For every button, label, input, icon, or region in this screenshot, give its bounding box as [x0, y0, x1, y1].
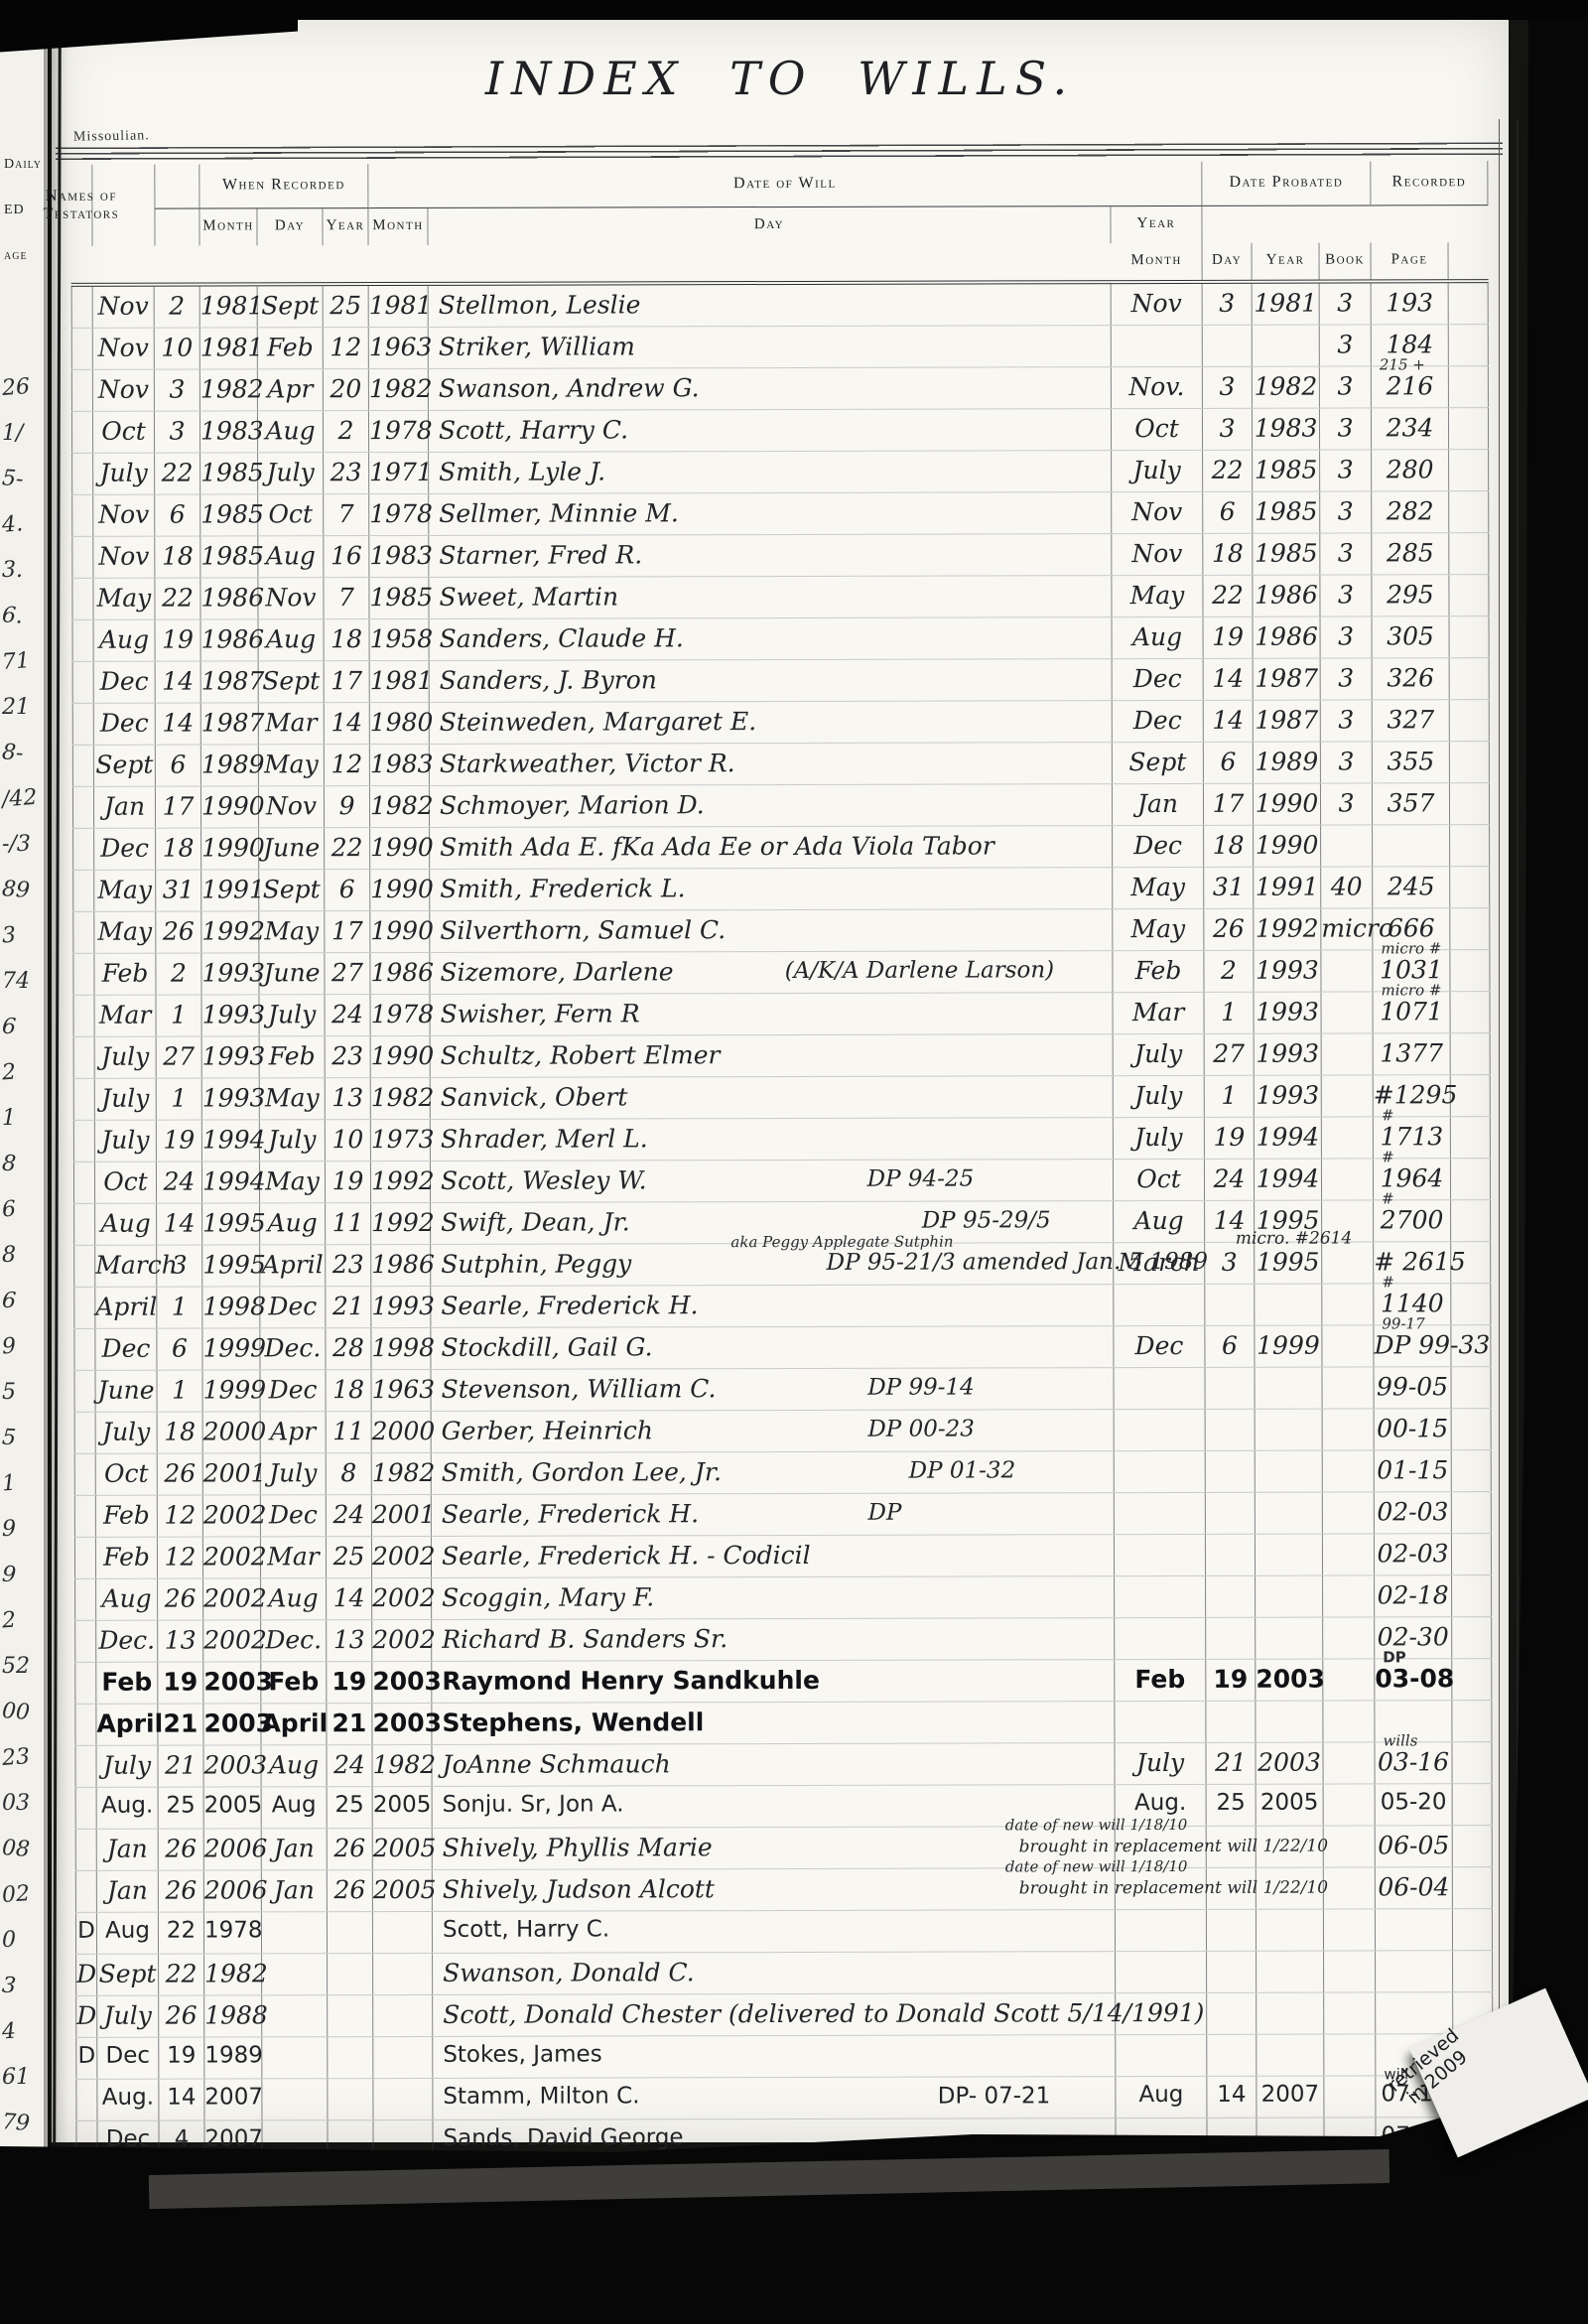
cell-probated-month: July [1112, 451, 1203, 491]
cell-will-month: Mar [261, 1537, 327, 1577]
cell-recorded-month: May [93, 579, 155, 619]
cell-testator-name: Striker, William [429, 326, 1112, 368]
cell-recorded-month: Feb [94, 954, 156, 995]
cell-probated-year: 1987 [1254, 701, 1321, 742]
cell-probated-month: Nov [1112, 284, 1203, 325]
header-wr-month: Month [199, 208, 257, 245]
cell-recorded-month: Nov [93, 495, 155, 536]
cell-recorded-day: 2 [156, 954, 201, 995]
cell-probated-month [1116, 2035, 1207, 2076]
previous-page-edge: DailyEDage261/5-4.3.6.71218-/42-/3893746… [0, 26, 48, 2160]
cell-testator-name: Stephens, Wendell [432, 1702, 1115, 1744]
cell-tail [1451, 1033, 1491, 1074]
cell-will-year: 1978 [369, 494, 429, 535]
cell-deed-mark [72, 787, 94, 828]
cell-record-book [1323, 1742, 1375, 1783]
cell-will-month: Aug [259, 619, 325, 660]
page-superscript: # [1382, 1189, 1394, 1207]
cell-deed-mark [73, 1329, 95, 1370]
page-number-text: 02-18 [1378, 1580, 1449, 1609]
prev-page-fragment: 9 [1, 1334, 17, 1360]
header-dw-day: Day [428, 206, 1111, 245]
cell-tail [1452, 1575, 1492, 1616]
cell-recorded-day: 1 [157, 996, 202, 1036]
page-superscript: 215 + [1380, 355, 1425, 373]
cell-record-book: 3 [1320, 491, 1372, 532]
cell-will-year: 1982 [372, 1453, 432, 1494]
cell-will-day [328, 2037, 373, 2078]
cell-record-book [1321, 950, 1373, 991]
cell-probated-day: 25 [1207, 1785, 1257, 1826]
cell-testator-name: Steinweden, Margaret E. [430, 701, 1113, 744]
cell-recorded-year: 1983 [200, 411, 258, 452]
cell-recorded-year: 2002 [203, 1495, 261, 1536]
page-superscript: # [1382, 1273, 1394, 1291]
case-number-note: DP 95-29/5 [922, 1207, 1051, 1233]
testator-name-text: Swift, Dean, Jr. [441, 1207, 630, 1236]
table-row: Aug.252005Aug252005Sonju. Sr, Jon A.Aug.… [75, 1784, 1493, 1830]
cell-will-month: Nov [259, 786, 325, 827]
page-number-text: 357 [1388, 788, 1435, 817]
testator-name-text: Silverthorn, Samuel C. [440, 915, 726, 945]
cell-recorded-day: 3 [155, 370, 200, 411]
cell-probated-year [1256, 1535, 1323, 1575]
cell-deed-mark [73, 1288, 95, 1328]
cell-probated-day [1206, 1702, 1256, 1742]
cell-recorded-month: Mar [95, 996, 157, 1036]
cell-recorded-day: 26 [159, 1871, 204, 1912]
testator-name-text: Sizemore, Darlene [440, 957, 673, 987]
cell-recorded-day: 6 [157, 1329, 202, 1370]
cell-probated-month [1115, 1493, 1206, 1534]
page-number-text: 285 [1387, 538, 1434, 567]
cell-will-day [328, 1954, 373, 1994]
cell-record-page: 02-03 [1375, 1492, 1452, 1533]
cell-record-page: 355 [1373, 742, 1450, 782]
cell-record-page: 245 [1373, 867, 1450, 907]
page-number-text: 01-15 [1377, 1455, 1448, 1484]
prev-page-fragment: 5 [2, 1380, 16, 1405]
cell-probated-month: Dec [1113, 659, 1204, 700]
cell-probated-day: 1 [1204, 993, 1254, 1033]
cell-probated-month: March [1114, 1243, 1205, 1284]
cell-deed-mark [73, 1246, 95, 1287]
header-dp-year: Year [1253, 243, 1320, 280]
table-row: Feb122002Mar252002Searle, Frederick H. -… [74, 1534, 1492, 1579]
prev-page-fragment: 21 [2, 695, 30, 720]
cell-recorded-year: 2003 [203, 1662, 261, 1703]
cell-testator-name: Sutphin, PeggyDP 95-21/3 amended Jan. 5 … [431, 1243, 1114, 1286]
cell-recorded-month: Aug. [97, 1788, 159, 1829]
cell-will-year: 1990 [370, 828, 430, 869]
cell-deed-mark [73, 1371, 95, 1412]
cell-probated-month [1116, 1868, 1207, 1909]
header-dp-day: Day [1203, 243, 1253, 280]
header-dw-month: Month [368, 208, 428, 245]
table-row: Aug.142007Stamm, Milton C.DP- 07-21Aug14… [75, 2076, 1493, 2121]
cell-will-day: 6 [325, 870, 370, 910]
table-row: Nov31982Apr201982Swanson, Andrew G.Nov.3… [71, 366, 1489, 412]
cell-testator-name: Stokes, James [433, 2035, 1116, 2078]
page-number-text: 327 [1387, 705, 1434, 734]
cell-recorded-day: 6 [155, 495, 200, 536]
testator-name-text: Raymond Henry Sandkuhle [442, 1666, 820, 1696]
testator-name-text: Shively, Judson Alcott [443, 1874, 715, 1904]
cell-recorded-day: 26 [159, 1996, 204, 2037]
cell-record-page: #2700 [1374, 1200, 1451, 1241]
cell-probated-day: 27 [1205, 1034, 1255, 1075]
cell-will-day: 23 [326, 1036, 371, 1077]
cell-probated-day: 14 [1207, 2077, 1257, 2118]
header-dw-year: Year [1111, 206, 1202, 243]
cell-probated-day: 31 [1204, 868, 1254, 908]
cell-recorded-year: 1993 [202, 1036, 260, 1077]
prev-page-fragment: 1/ [2, 421, 23, 446]
cell-recorded-month: July [95, 1037, 157, 1078]
cell-will-month [262, 2079, 328, 2119]
cell-probated-day [1207, 1827, 1257, 1867]
cell-record-page: 05-20 [1376, 1784, 1453, 1825]
testator-name-text: Swanson, Andrew G. [439, 373, 700, 403]
cell-probated-day: 14 [1204, 701, 1254, 742]
cell-record-book [1324, 1992, 1376, 2033]
testator-name-text: Striker, William [439, 332, 635, 361]
cell-record-book: 3 [1320, 575, 1372, 615]
cell-probated-day: 6 [1205, 1326, 1255, 1367]
cell-probated-month: Jan [1113, 784, 1204, 825]
cell-probated-year [1257, 1910, 1324, 1951]
cell-probated-year: 1982 [1253, 367, 1320, 408]
cell-deed-mark [71, 454, 93, 494]
cell-record-book [1323, 1659, 1375, 1700]
prev-page-fragment: 08 [1, 1836, 31, 1862]
cell-tail [1450, 992, 1490, 1032]
cell-probated-month: Oct [1112, 409, 1203, 450]
cell-recorded-day: 14 [159, 2080, 204, 2120]
cell-testator-name: Scott, Harry C. [429, 409, 1112, 452]
cell-recorded-day: 6 [156, 746, 201, 786]
prev-page-fragment: 1 [1, 1471, 17, 1497]
cell-record-page: DP03-08 [1375, 1659, 1452, 1700]
cell-testator-name: Sanvick, Obert [431, 1076, 1114, 1119]
cell-probated-month [1115, 1535, 1206, 1575]
cell-tail [1453, 1826, 1493, 1866]
cell-probated-month: Dec [1113, 701, 1204, 742]
cell-tail [1449, 450, 1489, 490]
cell-tail [1452, 1409, 1492, 1449]
page-number-text: 06-04 [1378, 1872, 1449, 1901]
testator-name-text: Smith, Frederick L. [440, 874, 685, 903]
cell-recorded-day: 18 [155, 537, 200, 578]
page-number-text: 245 [1388, 872, 1435, 900]
testator-name-text: Scott, Harry C. [443, 1916, 609, 1942]
cell-testator-name: Swanson, Donald C. [433, 1952, 1116, 1994]
cell-deed-mark [73, 1162, 95, 1203]
cell-will-year: 1983 [369, 536, 429, 577]
page-number-text: 02-03 [1377, 1539, 1448, 1568]
cell-recorded-year: 2006 [204, 1870, 262, 1911]
cell-will-day: 17 [325, 911, 370, 952]
cell-tail [1452, 1659, 1492, 1700]
cell-record-page: 357 [1373, 783, 1450, 824]
page-number-text: 280 [1387, 455, 1434, 483]
cell-recorded-month: Jan [97, 1830, 159, 1870]
page-superscript: micro # [1381, 939, 1441, 957]
prev-page-fragment: 3 [1, 923, 17, 949]
cell-probated-year: 1993 [1255, 1034, 1322, 1075]
prev-page-fragment: 5 [1, 1426, 17, 1451]
prev-page-fragment: 8 [1, 1152, 17, 1177]
cell-deed-mark [73, 996, 95, 1036]
cell-will-year: 1986 [370, 953, 430, 994]
cell-record-book: 3 [1321, 742, 1373, 782]
testator-name-text: Smith Ada E. fKa Ada Ee or Ada Viola Tab… [440, 831, 994, 861]
cell-deed-mark [71, 412, 93, 453]
cell-testator-name: Swisher, Fern R [431, 993, 1114, 1035]
cell-record-book [1322, 1284, 1374, 1324]
page-superscript: # [1382, 1148, 1394, 1165]
cell-will-month: Oct [258, 494, 324, 535]
cell-probated-day: 17 [1204, 784, 1254, 825]
table-row: Oct262001July81982Smith, Gordon Lee, Jr.… [74, 1450, 1492, 1496]
cell-will-year: 1990 [370, 911, 430, 952]
cell-record-book: 3 [1320, 325, 1372, 365]
cell-probated-day: 14 [1204, 659, 1254, 700]
page-superscript: 99-17 [1382, 1314, 1424, 1332]
cell-probated-day: 19 [1205, 1118, 1255, 1159]
testator-name-text: Sutphin, Peggy [441, 1249, 631, 1279]
cell-tail [1452, 1534, 1492, 1574]
cell-tail [1449, 325, 1489, 365]
page-number-text: 295 [1387, 580, 1434, 609]
cell-record-book [1322, 1033, 1374, 1074]
cell-record-book [1324, 1951, 1376, 1991]
cell-will-day: 13 [327, 1620, 372, 1661]
cell-recorded-day: 14 [156, 704, 201, 745]
cell-probated-day [1205, 1368, 1255, 1409]
header-wr-day: Day [257, 208, 323, 245]
cell-recorded-month: May [94, 871, 156, 911]
cell-record-book [1324, 1867, 1376, 1908]
cell-record-book: 3 [1320, 283, 1372, 324]
prev-page-fragment: 8 [2, 1243, 16, 1268]
prev-page-fragment: Daily [4, 157, 42, 173]
cell-will-year: 1982 [372, 1745, 432, 1786]
prev-page-fragment: 26 [1, 374, 31, 401]
page-number-text: 03-16 [1378, 1747, 1449, 1776]
cell-deed-mark [72, 704, 94, 745]
prev-page-fragment: 6 [1, 1197, 17, 1223]
cell-probated-day: 24 [1205, 1160, 1255, 1200]
table-row: Feb192003Feb192003Raymond Henry Sandkuhl… [74, 1659, 1492, 1705]
cell-recorded-month: Sept [97, 1955, 159, 1995]
cell-record-page: 06-05 [1376, 1826, 1453, 1866]
cell-probated-year: 1994 [1255, 1118, 1322, 1159]
page-number-text: 326 [1387, 663, 1434, 692]
cell-testator-name: Smith, Gordon Lee, Jr.DP 01-32 [432, 1451, 1115, 1494]
cell-testator-name: Sizemore, Darlene(A/K/A Darlene Larson) [430, 951, 1113, 994]
cell-will-year: 1982 [370, 786, 430, 827]
page-number-text: 1713 [1381, 1122, 1444, 1151]
cell-tail [1453, 1784, 1493, 1825]
cell-record-page: 285 [1372, 533, 1449, 574]
cell-probated-year: 1991 [1254, 868, 1321, 908]
cell-record-book [1324, 2034, 1376, 2075]
cell-recorded-day: 1 [157, 1371, 202, 1412]
table-row: Dec.132002Dec.132002Richard B. Sanders S… [74, 1617, 1492, 1663]
cell-recorded-month: April [96, 1705, 158, 1745]
cell-recorded-month: Nov [93, 370, 155, 411]
cell-deed-mark [75, 1830, 97, 1870]
testator-name-text: Stamm, Milton C. [443, 2083, 639, 2110]
cell-recorded-year: 1978 [204, 1912, 262, 1953]
cell-recorded-day: 12 [158, 1538, 203, 1578]
cell-deed-mark [71, 579, 93, 619]
cell-recorded-year: 2000 [203, 1412, 261, 1452]
cell-recorded-year: 2005 [204, 1787, 262, 1828]
cell-recorded-year: 1987 [201, 661, 259, 702]
cell-recorded-day: 27 [157, 1037, 202, 1078]
cell-will-day: 18 [326, 1370, 371, 1411]
cell-will-month: April [260, 1245, 326, 1286]
cell-record-page: 280 [1372, 450, 1449, 490]
cell-will-day: 21 [326, 1287, 371, 1327]
cell-testator-name: Schmoyer, Marion D. [430, 784, 1113, 827]
cell-record-book [1321, 992, 1373, 1032]
cell-deed-mark [72, 912, 94, 953]
cell-recorded-month: July [95, 1121, 157, 1162]
table-row: Jan262006Jan262005Shively, Phyllis Marie… [75, 1826, 1493, 1871]
header-when-recorded: When Recorded [199, 164, 368, 208]
table-row: April11998Dec211993Searle, Frederick H.#… [73, 1284, 1491, 1329]
cell-will-year: 1963 [369, 328, 429, 368]
cell-testator-name: Searle, Frederick H. - Codicil [432, 1535, 1115, 1577]
testator-name-text: Stellmon, Leslie [439, 290, 641, 320]
cell-recorded-year: 2002 [203, 1578, 261, 1619]
cell-will-month: Aug [261, 1578, 327, 1619]
cell-recorded-day: 26 [158, 1579, 203, 1620]
cell-will-day: 2 [324, 411, 369, 452]
table-row: Dec141987Sept171981Sanders, J. ByronDec1… [72, 658, 1490, 704]
cell-tail [1449, 283, 1489, 324]
cell-recorded-day: 12 [158, 1496, 203, 1537]
cell-deed-mark [72, 954, 94, 995]
cell-tail [1451, 1367, 1491, 1408]
cell-recorded-year: 1986 [201, 619, 259, 660]
case-number-note: (A/K/A Darlene Larson) [785, 957, 1055, 984]
page-number-text: 234 [1387, 413, 1434, 442]
prev-page-fragment: 6. [1, 603, 24, 628]
cell-recorded-month: Oct [93, 412, 155, 453]
cell-probated-day: 26 [1204, 909, 1254, 950]
cell-will-day: 25 [324, 286, 369, 327]
cell-will-day: 9 [325, 786, 370, 827]
cell-will-month [262, 2037, 328, 2078]
cell-recorded-year: 2002 [203, 1537, 261, 1577]
table-row: Oct241994May191992Scott, Wesley W.DP 94-… [73, 1159, 1491, 1204]
cell-record-book: 40 [1321, 867, 1373, 907]
cell-tail [1453, 1867, 1493, 1908]
cell-recorded-month: July [93, 454, 155, 494]
cell-probated-year [1256, 1493, 1323, 1534]
testator-name-text: Schultz, Robert Elmer [441, 1040, 721, 1070]
cell-record-page [1376, 1909, 1453, 1950]
cell-will-month: Aug [261, 1745, 327, 1786]
page-number-text: 1140 [1381, 1289, 1444, 1317]
cell-will-month: July [258, 453, 324, 493]
cell-recorded-year: 1994 [202, 1120, 260, 1161]
testator-name-text: Schmoyer, Marion D. [440, 790, 705, 820]
testator-name-text: Richard B. Sanders Sr. [442, 1624, 728, 1654]
header-tail-col [92, 165, 154, 246]
cell-recorded-day: 22 [155, 454, 200, 494]
cell-probated-month: Feb [1113, 951, 1204, 992]
cell-deed-mark [71, 370, 93, 411]
cell-tail [1451, 1242, 1491, 1283]
cell-probated-year [1257, 2035, 1324, 2076]
cell-record-page: 282 [1372, 491, 1449, 532]
cell-will-day: 18 [325, 619, 370, 660]
cell-will-month: Nov [258, 578, 324, 618]
cell-probated-month: July [1115, 1743, 1206, 1784]
cell-deed-mark [72, 871, 94, 911]
cell-probated-year: 2005 [1257, 1785, 1324, 1826]
cell-recorded-day: 22 [159, 1955, 204, 1995]
cell-recorded-month: Nov [93, 329, 155, 369]
cell-recorded-month: July [96, 1746, 158, 1787]
cell-will-day: 26 [328, 1870, 373, 1911]
cell-record-book [1324, 1826, 1376, 1866]
prev-page-fragment: 2 [1, 1060, 17, 1086]
cell-deed-mark [75, 1788, 97, 1829]
cell-will-year: 2002 [372, 1537, 432, 1577]
cell-recorded-year: 1995 [202, 1203, 260, 1244]
page-stack-line [1499, 119, 1500, 2065]
cell-recorded-month: Aug [96, 1579, 158, 1620]
cell-record-book [1323, 1701, 1375, 1741]
cell-record-page: 1377 [1374, 1033, 1451, 1074]
prev-page-fragment: /42 [1, 785, 38, 812]
cell-probated-year: 1995 [1255, 1243, 1322, 1284]
cell-testator-name: Raymond Henry Sandkuhle [432, 1660, 1115, 1703]
cell-probated-day [1203, 326, 1253, 366]
cell-record-page: 06-04 [1376, 1867, 1453, 1908]
table-row: July182000Apr112000Gerber, HeinrichDP 00… [74, 1409, 1492, 1454]
cell-record-page: 305 [1373, 616, 1450, 657]
testator-name-text: Searle, Frederick H. - Codicil [442, 1541, 811, 1571]
cell-probated-year [1256, 1410, 1323, 1450]
cell-deed-mark [71, 329, 93, 369]
cell-deed-mark [73, 1204, 95, 1245]
prev-page-fragment: 3 [1, 1974, 17, 1999]
table-row: DDec191989Stokes, James [75, 2034, 1493, 2080]
cell-will-month: Aug [262, 1787, 328, 1828]
cell-testator-name: Stamm, Milton C.DP- 07-21 [433, 2077, 1116, 2119]
page-number-text: 216 [1387, 371, 1434, 400]
page-number-text: 305 [1387, 621, 1434, 650]
table-row: DAug221978Scott, Harry C. [75, 1909, 1493, 1955]
cell-probated-year: 1986 [1254, 617, 1321, 658]
cell-recorded-day: 2 [155, 287, 200, 328]
cell-recorded-day: 21 [158, 1746, 203, 1787]
table-row: July271993Feb231990Schultz, Robert Elmer… [73, 1033, 1491, 1079]
cell-will-month: Sept [258, 286, 324, 327]
table-row: Jan262006Jan262005Shively, Judson Alcott… [75, 1867, 1493, 1913]
cell-probated-month: May [1113, 909, 1204, 950]
testator-name-text: Stokes, James [443, 2041, 601, 2067]
cell-testator-name: Sanders, J. Byron [430, 659, 1113, 702]
cell-recorded-month: Dec [94, 829, 156, 870]
